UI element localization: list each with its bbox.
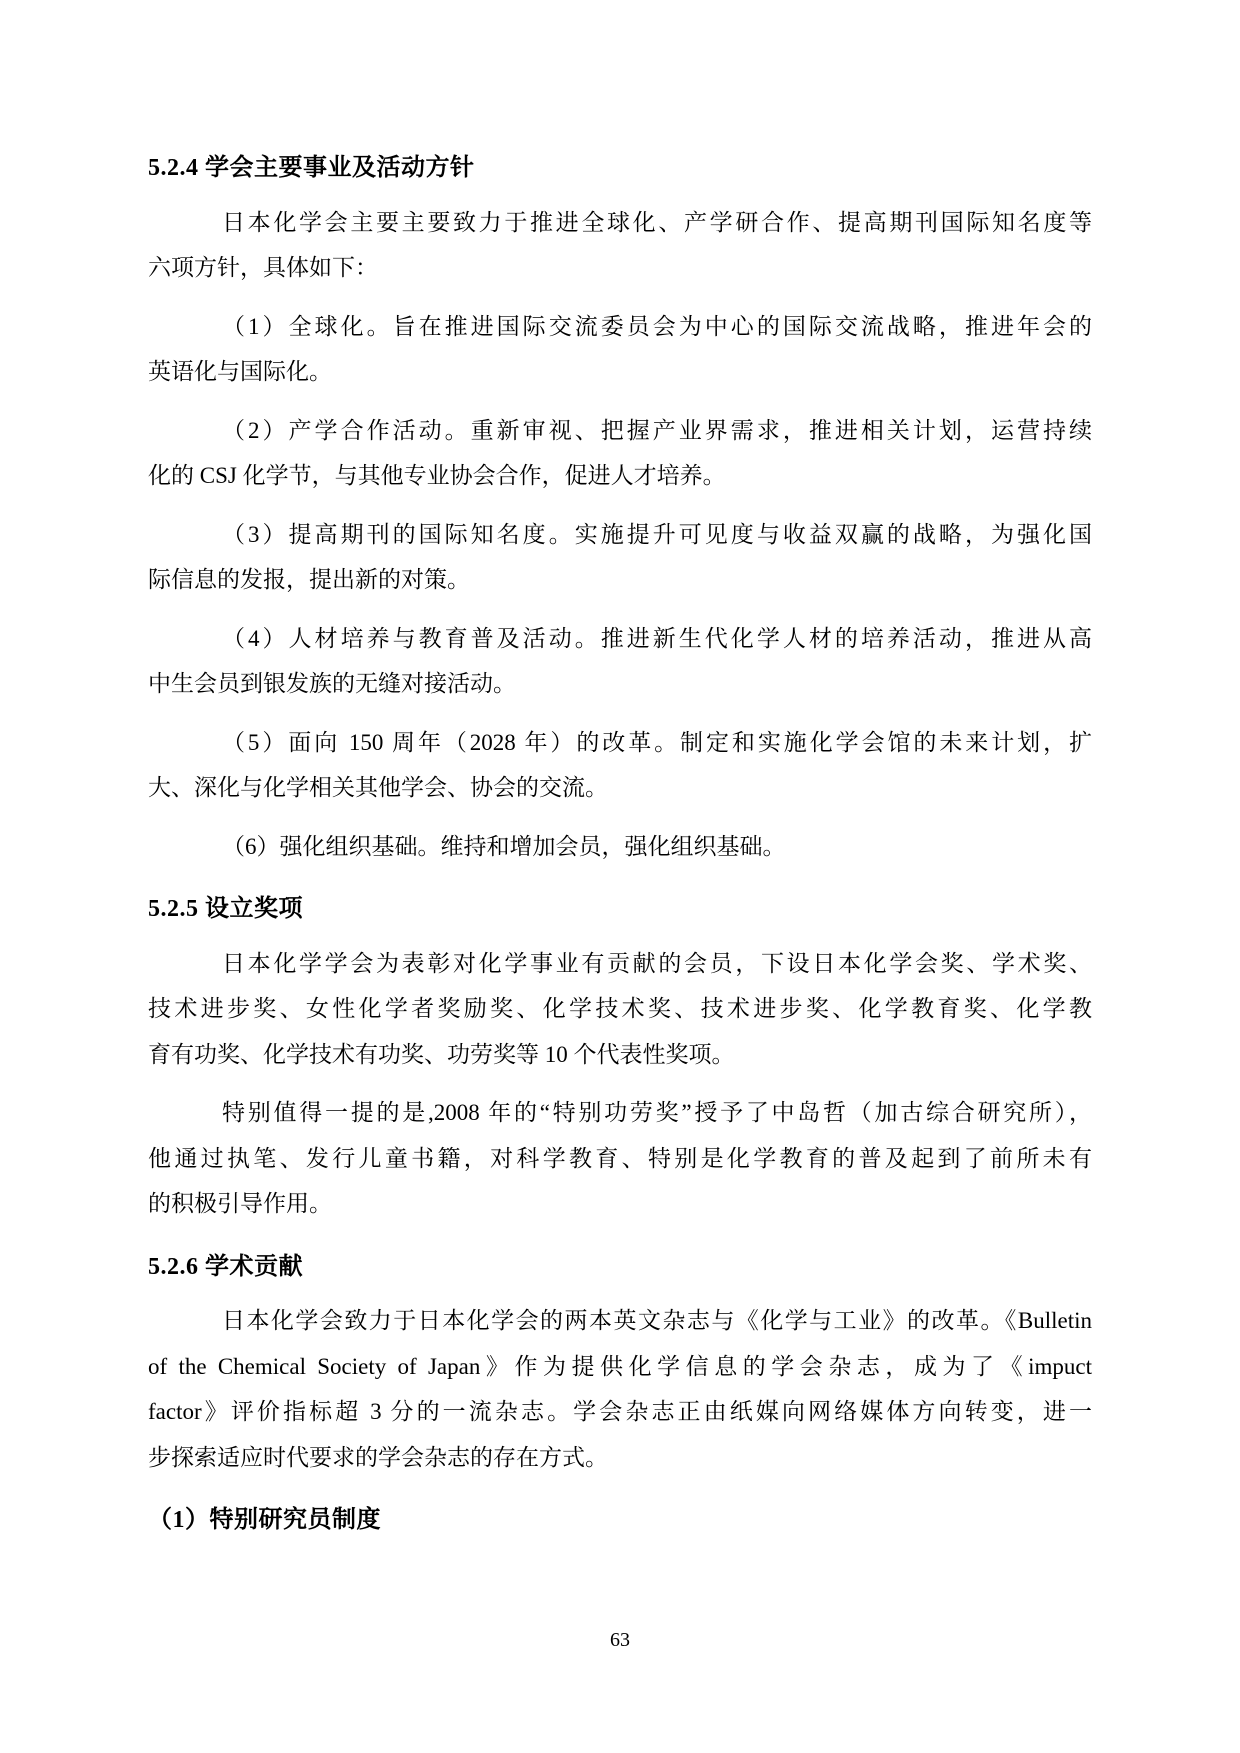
paragraph-line: 际信息的发报，提出新的对策。 (148, 557, 1092, 603)
section-heading: 5.2.6 学术贡献 (148, 1245, 1092, 1291)
paragraph-line: 步探索适应时代要求的学会杂志的存在方式。 (148, 1435, 1092, 1481)
paragraph: （3）提高期刊的国际知名度。实施提升可见度与收益双赢的战略，为强化国际信息的发报… (148, 512, 1092, 603)
paragraph: 日本化学会主要主要致力于推进全球化、产学研合作、提高期刊国际知名度等六项方针，具… (148, 200, 1092, 291)
paragraph-line: （3）提高期刊的国际知名度。实施提升可见度与收益双赢的战略，为强化国 (148, 512, 1092, 558)
page-number: 63 (0, 1626, 1240, 1654)
paragraph-line: 六项方针，具体如下： (148, 245, 1092, 291)
paragraph: 日本化学学会为表彰对化学事业有贡献的会员，下设日本化学会奖、学术奖、技术进步奖、… (148, 941, 1092, 1078)
paragraph-line: factor》评价指标超 3 分的一流杂志。学会杂志正由纸媒向网络媒体方向转变，… (148, 1389, 1092, 1435)
paragraph: （4）人材培养与教育普及活动。推进新生代化学人材的培养活动，推进从高中生会员到银… (148, 616, 1092, 707)
paragraph-line: 日本化学会致力于日本化学会的两本英文杂志与《化学与工业》的改革。《Bulleti… (148, 1298, 1092, 1344)
paragraph-line: （6）强化组织基础。维持和增加会员，强化组织基础。 (148, 824, 1092, 870)
paragraph-line: of the Chemical Society of Japan》作为提供化学信… (148, 1344, 1092, 1390)
paragraph: （1）全球化。旨在推进国际交流委员会为中心的国际交流战略，推进年会的英语化与国际… (148, 304, 1092, 395)
paragraph-line: （4）人材培养与教育普及活动。推进新生代化学人材的培养活动，推进从高 (148, 616, 1092, 662)
paragraph-line: 日本化学会主要主要致力于推进全球化、产学研合作、提高期刊国际知名度等 (148, 200, 1092, 246)
paragraph-line: 中生会员到银发族的无缝对接活动。 (148, 661, 1092, 707)
paragraph-line: 特别值得一提的是,2008 年的“特别功劳奖”授予了中岛哲（加古综合研究所）， (148, 1090, 1092, 1136)
paragraph: （2）产学合作活动。重新审视、把握产业界需求，推进相关计划，运营持续化的 CSJ… (148, 408, 1092, 499)
paragraph-line: （5）面向 150 周年（2028 年）的改革。制定和实施化学会馆的未来计划，扩 (148, 720, 1092, 766)
paragraph: 日本化学会致力于日本化学会的两本英文杂志与《化学与工业》的改革。《Bulleti… (148, 1298, 1092, 1480)
paragraph: （6）强化组织基础。维持和增加会员，强化组织基础。 (148, 824, 1092, 870)
section-heading: （1）特别研究员制度 (148, 1498, 1092, 1544)
document-body: 5.2.4 学会主要事业及活动方针日本化学会主要主要致力于推进全球化、产学研合作… (0, 0, 1240, 1544)
document-page: { "page": { "number": "63" }, "document"… (0, 0, 1240, 1753)
paragraph-line: 的积极引导作用。 (148, 1181, 1092, 1227)
paragraph-line: 英语化与国际化。 (148, 349, 1092, 395)
paragraph-line: （1）全球化。旨在推进国际交流委员会为中心的国际交流战略，推进年会的 (148, 304, 1092, 350)
paragraph-line: 技术进步奖、女性化学者奖励奖、化学技术奖、技术进步奖、化学教育奖、化学教 (148, 986, 1092, 1032)
paragraph-line: （2）产学合作活动。重新审视、把握产业界需求，推进相关计划，运营持续 (148, 408, 1092, 454)
paragraph-line: 日本化学学会为表彰对化学事业有贡献的会员，下设日本化学会奖、学术奖、 (148, 941, 1092, 987)
paragraph: （5）面向 150 周年（2028 年）的改革。制定和实施化学会馆的未来计划，扩… (148, 720, 1092, 811)
section-heading: 5.2.5 设立奖项 (148, 887, 1092, 933)
paragraph-line: 育有功奖、化学技术有功奖、功劳奖等 10 个代表性奖项。 (148, 1032, 1092, 1078)
paragraph-line: 他通过执笔、发行儿童书籍，对科学教育、特别是化学教育的普及起到了前所未有 (148, 1136, 1092, 1182)
paragraph-line: 化的 CSJ 化学节，与其他专业协会合作，促进人才培养。 (148, 453, 1092, 499)
paragraph-line: 大、深化与化学相关其他学会、协会的交流。 (148, 765, 1092, 811)
paragraph: 特别值得一提的是,2008 年的“特别功劳奖”授予了中岛哲（加古综合研究所），他… (148, 1090, 1092, 1227)
section-heading: 5.2.4 学会主要事业及活动方针 (148, 146, 1092, 192)
